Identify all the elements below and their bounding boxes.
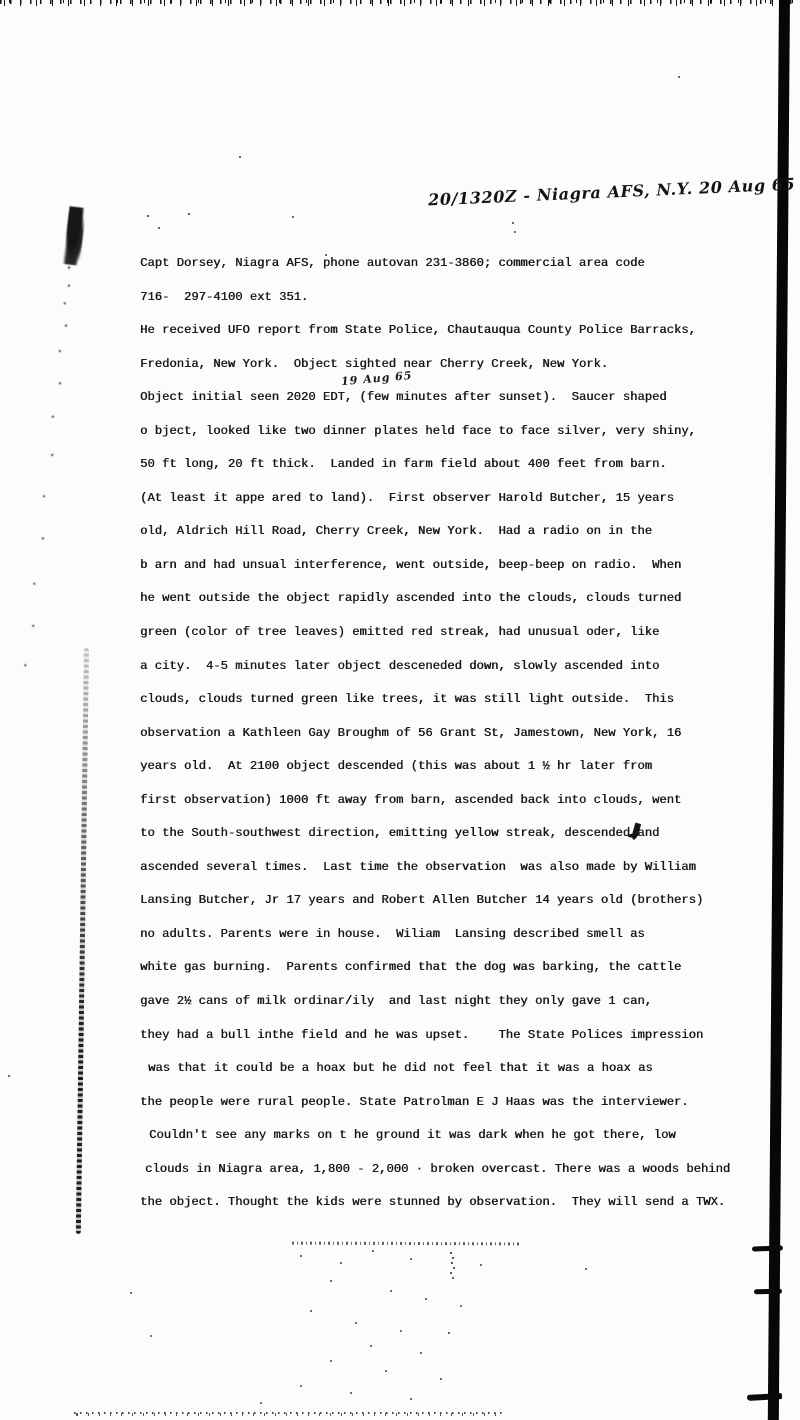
typed-line: no adults. Parents were in house. Wiliam… [140, 918, 730, 952]
scan-speckles [0, 0, 2, 2]
typed-line: he went outside the object rapidly ascen… [140, 582, 730, 616]
typed-line: Lansing Butcher, Jr 17 years and Robert … [140, 884, 730, 918]
typed-line: clouds in Niagra area, 1,800 - 2,000 · b… [145, 1153, 730, 1187]
typed-line: to the South-southwest direction, emitti… [140, 817, 730, 851]
binder-tick [754, 1289, 782, 1295]
typed-line: they had a bull inthe field and he was u… [140, 1019, 730, 1053]
scanned-document-page: 20/1320Z - Niagra AFS, N.Y. 20 Aug 65 Ca… [0, 0, 800, 1420]
typed-line: clouds, clouds turned green like trees, … [140, 683, 730, 717]
typed-line: green (color of tree leaves) emitted red… [140, 616, 730, 650]
typed-line: Fredonia, New York. Object sighted near … [140, 348, 730, 382]
typed-report-body: Capt Dorsey, Niagra AFS, phone autovan 2… [140, 247, 730, 1220]
typed-line: first observation) 1000 ft away from bar… [140, 784, 730, 818]
typed-line: old, Aldrich Hill Road, Cherry Creek, Ne… [140, 515, 730, 549]
ink-smudge-blob [63, 206, 87, 266]
scan-noise-band-bottom [74, 1412, 504, 1416]
typed-line: 716- 297-4100 ext 351. [140, 281, 730, 315]
film-perforation-ticks [0, 0, 800, 7]
scan-noise-band-upper [292, 1242, 522, 1246]
typed-line: 50 ft long, 20 ft thick. Landed in farm … [140, 448, 730, 482]
typed-line: b arn and had unsual interference, went … [140, 549, 730, 583]
handwritten-header-note: 20/1320Z - Niagra AFS, N.Y. 20 Aug 65 [428, 176, 769, 210]
typed-line: gave 2½ cans of milk ordinar/ily and las… [140, 985, 730, 1019]
typed-line: years old. At 2100 object descended (thi… [140, 750, 730, 784]
typed-line: the people were rural people. State Patr… [140, 1086, 730, 1120]
typed-line: Capt Dorsey, Niagra AFS, phone autovan 2… [140, 247, 730, 281]
typed-line: Object initial seen 2020 EDT, (few minut… [140, 381, 730, 415]
typed-line: was that it could be a hoax but he did n… [148, 1052, 730, 1086]
typed-line: the object. Thought the kids were stunne… [140, 1186, 730, 1220]
scan-edge-bar [768, 0, 790, 1420]
typed-line: observation a Kathleen Gay Broughm of 56… [140, 717, 730, 751]
ink-streak [76, 648, 89, 1234]
typed-line: ascended several times. Last time the ob… [140, 851, 730, 885]
typed-line: Couldn't see any marks on t he ground it… [149, 1119, 730, 1153]
typed-line: He received UFO report from State Police… [140, 314, 730, 348]
typed-line: white gas burning. Parents confirmed tha… [140, 951, 730, 985]
typed-line: (At least it appe ared to land). First o… [140, 482, 730, 516]
typed-line: o bject, looked like two dinner plates h… [140, 415, 730, 449]
typed-line: a city. 4-5 minutes later object descene… [140, 650, 730, 684]
